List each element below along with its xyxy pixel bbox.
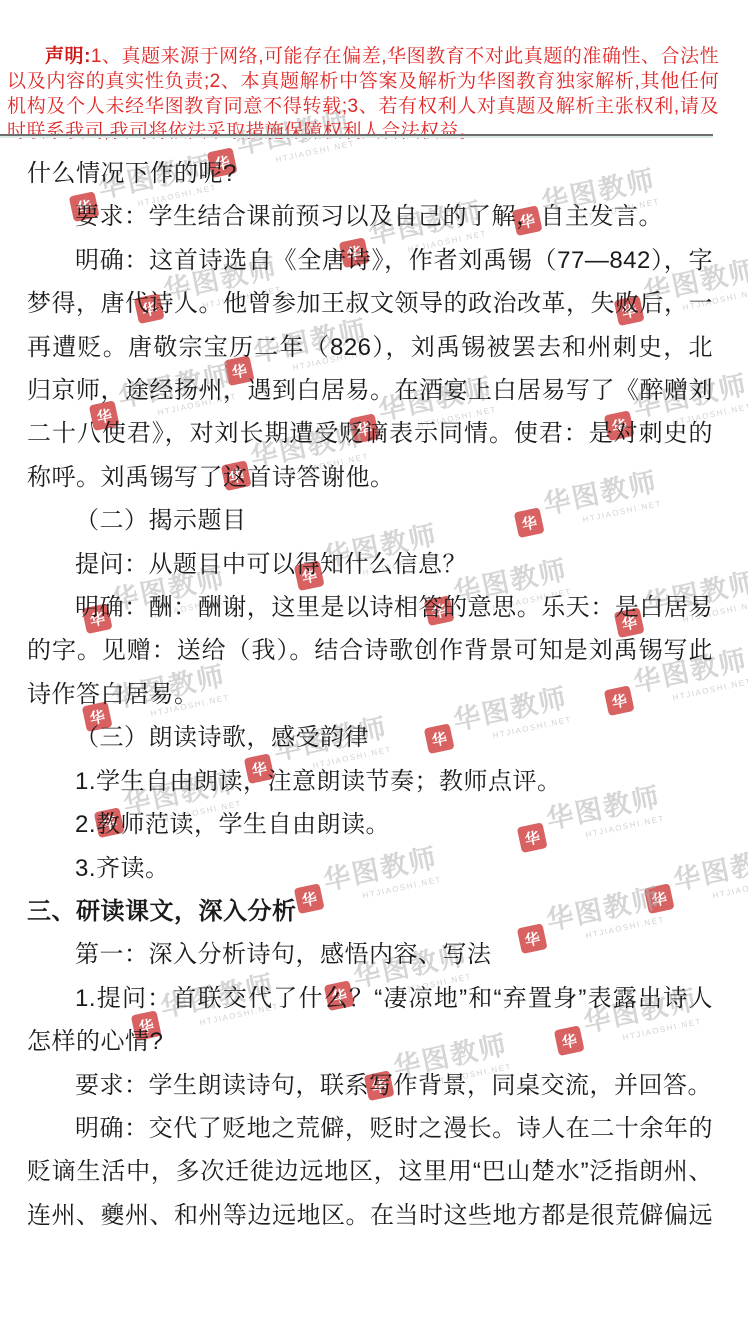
section-heading: 三、研读课文，深入分析 bbox=[27, 890, 713, 933]
paragraph: 3.齐读。 bbox=[27, 847, 713, 890]
paragraph: 要求：学生朗读诗句，联系写作背景，同桌交流，并回答。 bbox=[27, 1064, 713, 1107]
disclaimer: 声明:1、真题来源于网络,可能存在偏差,华图教育不对此真题的准确性、合法性以及内… bbox=[7, 44, 719, 144]
paragraph: 1.学生自由朗读，注意朗读节奏；教师点评。 bbox=[27, 760, 713, 803]
document-page: 华华图教师HTJIAOSHI.NET华华图教师HTJIAOSHI.NET华华图教… bbox=[0, 0, 748, 1335]
paragraph: 1.提问：首联交代了什么？“凄凉地”和“弃置身”表露出诗人怎样的心情? bbox=[27, 977, 713, 1064]
paragraph: （三）朗读诗歌，感受韵律 bbox=[27, 716, 713, 759]
divider-rule bbox=[0, 134, 713, 138]
disclaimer-label: 声明: bbox=[45, 46, 91, 67]
paragraph: 2.教师范读，学生自由朗读。 bbox=[27, 803, 713, 846]
paragraph: 提问：从题目中可以得知什么信息？ bbox=[27, 543, 713, 586]
paragraph: 什么情况下作的呢? bbox=[27, 152, 713, 195]
paragraph: 第一：深入分析诗句，感悟内容、写法 bbox=[27, 933, 713, 976]
paragraph: （二）揭示题目 bbox=[27, 499, 713, 542]
disclaimer-text: 1、真题来源于网络,可能存在偏差,华图教育不对此真题的准确性、合法性以及内容的真… bbox=[7, 46, 719, 142]
paragraph: 明确：酬：酬谢，这里是以诗相答的意思。乐天：是白居易的字。见赠：送给（我）。结合… bbox=[27, 586, 713, 716]
watermark-domain-text: HTJIAOSHI.NET bbox=[712, 875, 748, 901]
paragraph: 明确：交代了贬地之荒僻，贬时之漫长。诗人在二十余年的贬谪生活中，多次迁徙边远地区… bbox=[27, 1107, 713, 1237]
paragraph: 要求：学生结合课前预习以及自己的了解，自主发言。 bbox=[27, 195, 713, 238]
lesson-plan-body: 什么情况下作的呢?要求：学生结合课前预习以及自己的了解，自主发言。明确：这首诗选… bbox=[27, 152, 713, 1237]
paragraph: 明确：这首诗选自《全唐诗》，作者刘禹锡（77—842），字梦得，唐代诗人。他曾参… bbox=[27, 239, 713, 499]
